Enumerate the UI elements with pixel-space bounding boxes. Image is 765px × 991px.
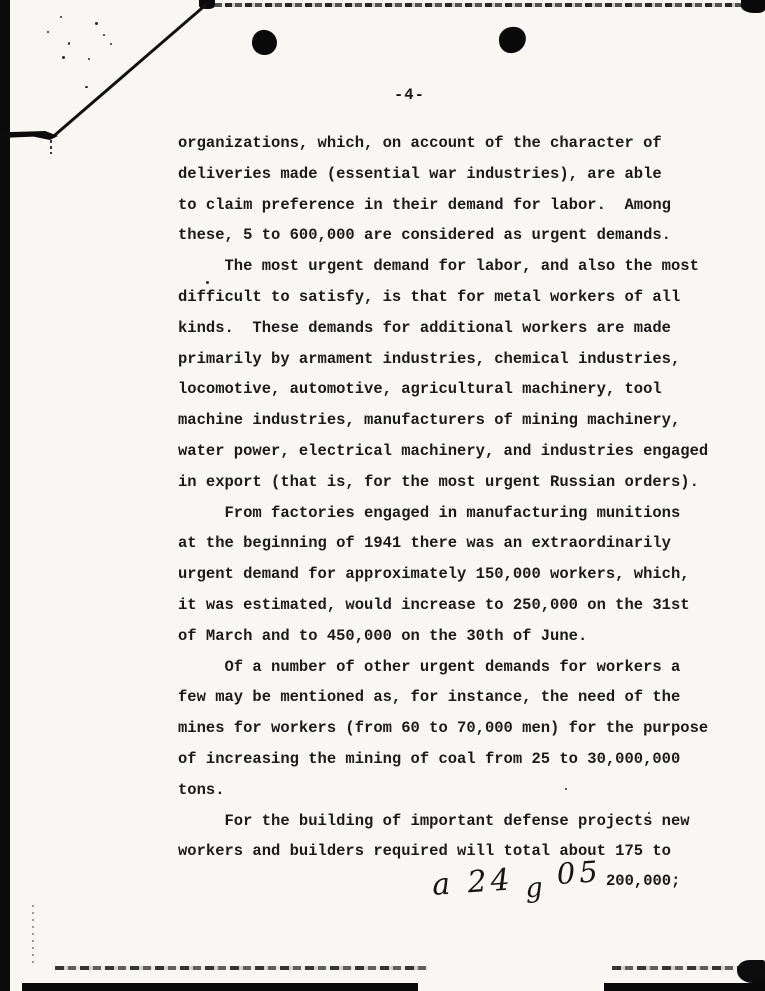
text-line: The most urgent demand for labor, and al… <box>178 251 738 282</box>
text-line: deliveries made (essential war industrie… <box>178 159 738 190</box>
text-line: kinds. These demands for additional work… <box>178 313 738 344</box>
text-line: workers and builders required will total… <box>178 836 738 867</box>
scan-speckle <box>62 56 65 59</box>
text-line: difficult to satisfy, is that for metal … <box>178 282 738 313</box>
scan-speckle <box>103 34 105 36</box>
scan-speckle-line-bottom-left <box>55 966 428 970</box>
handwriting-mid: g <box>524 872 547 904</box>
scan-speckle <box>85 86 88 88</box>
scan-faint-dotted-line <box>32 905 34 963</box>
scan-smudge-top-right <box>741 0 765 13</box>
scan-bar-bottom-left <box>22 983 418 991</box>
handwriting-prefix: a 24 <box>431 862 515 903</box>
text-line: tons. <box>178 775 738 806</box>
scan-speckle <box>47 31 49 33</box>
scan-speckle <box>68 42 70 45</box>
text-line: From factories engaged in manufacturing … <box>178 498 738 529</box>
text-line: For the building of important defense pr… <box>178 806 738 837</box>
scan-speckle <box>95 22 98 25</box>
text-line: few may be mentioned as, for instance, t… <box>178 682 738 713</box>
text-line: machine industries, manufacturers of min… <box>178 405 738 436</box>
text-line: urgent demand for approximately 150,000 … <box>178 559 738 590</box>
text-line: these, 5 to 600,000 are considered as ur… <box>178 220 738 251</box>
text-line: it was estimated, would increase to 250,… <box>178 590 738 621</box>
scan-speckle <box>110 43 112 45</box>
text-line: to claim preference in their demand for … <box>178 190 738 221</box>
body-text: organizations, which, on account of the … <box>178 128 738 867</box>
overflow-amount: 200,000; <box>606 872 680 890</box>
handwriting-suffix: 05 <box>556 854 603 891</box>
text-line: mines for workers (from 60 to 70,000 men… <box>178 713 738 744</box>
hole-punch-left <box>250 28 278 56</box>
text-line: water power, electrical machinery, and i… <box>178 436 738 467</box>
scan-speckle <box>60 16 62 18</box>
text-line: of March and to 450,000 on the 30th of J… <box>178 621 738 652</box>
text-line: of increasing the mining of coal from 25… <box>178 744 738 775</box>
corner-fold-line <box>51 2 208 138</box>
text-line: Of a number of other urgent demands for … <box>178 652 738 683</box>
page-number: -4- <box>394 86 425 104</box>
scan-mark-drip <box>50 140 52 154</box>
scan-smudge-bottom-right <box>737 960 765 983</box>
scan-edge-left-bar <box>0 0 10 991</box>
text-line: at the beginning of 1941 there was an ex… <box>178 528 738 559</box>
text-line: organizations, which, on account of the … <box>178 128 738 159</box>
scan-edge-top-line <box>205 3 765 7</box>
scan-bar-bottom-right <box>604 983 765 991</box>
text-line: locomotive, automotive, agricultural mac… <box>178 374 738 405</box>
scan-speckle <box>88 58 90 60</box>
scanned-document-page: -4- organizations, which, on account of … <box>0 0 765 991</box>
text-line: in export (that is, for the most urgent … <box>178 467 738 498</box>
hole-punch-right <box>498 26 528 55</box>
text-line: primarily by armament industries, chemic… <box>178 344 738 375</box>
